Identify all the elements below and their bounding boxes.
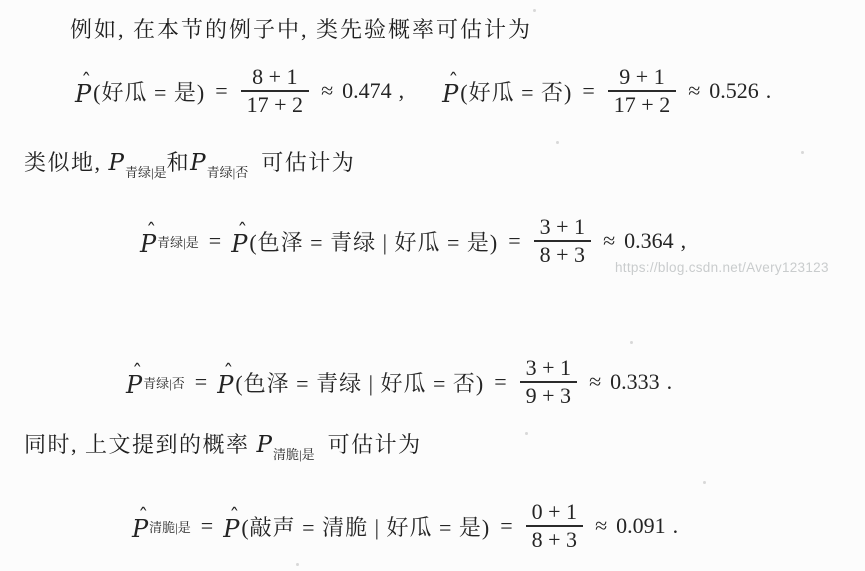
p-hat-symbol: ˆP xyxy=(223,509,239,543)
formula-value: 0.364 xyxy=(624,228,674,254)
punctuation: , xyxy=(681,228,687,254)
formula-value: 0.091 xyxy=(616,513,666,539)
approx-sign: ≈ xyxy=(595,513,607,539)
denominator: 9 + 3 xyxy=(520,381,577,409)
numerator: 0 + 1 xyxy=(526,499,583,525)
approx-sign: ≈ xyxy=(589,369,601,395)
equals-sign: = xyxy=(494,369,506,395)
formula-cond-qinglv-no: ˆP青绿|否 = ˆP(色泽 = 青绿 | 好瓜 = 否) = 3 + 1 9 … xyxy=(126,355,672,410)
p-hat-symbol: ˆP xyxy=(132,509,148,543)
meanwhile-suffix: 可估计为 xyxy=(328,432,422,457)
scan-speck xyxy=(630,341,633,344)
denominator: 8 + 3 xyxy=(526,525,583,553)
subscript-qingcui-shi: 清脆|是 xyxy=(273,447,315,462)
hat-accent: ˆ xyxy=(237,219,247,243)
fraction: 3 + 1 8 + 3 xyxy=(534,214,591,269)
approx-sign: ≈ xyxy=(688,78,700,104)
hat-accent: ˆ xyxy=(448,69,458,93)
punctuation: . xyxy=(673,513,679,539)
approx-sign: ≈ xyxy=(321,78,333,104)
hat-accent: ˆ xyxy=(229,504,239,528)
scan-speck xyxy=(533,9,536,12)
fraction: 0 + 1 8 + 3 xyxy=(526,499,583,554)
similar-prefix: 类似地, xyxy=(24,150,109,175)
p-hat-symbol: ˆP xyxy=(231,224,247,258)
p-hat-symbol: ˆP xyxy=(140,224,156,258)
hat-accent: ˆ xyxy=(138,504,148,528)
hat-accent: ˆ xyxy=(81,69,91,93)
numerator: 8 + 1 xyxy=(246,64,303,90)
subscript: 青绿|否 xyxy=(143,373,185,392)
hat-accent: ˆ xyxy=(146,219,156,243)
subscript: 清脆|是 xyxy=(149,517,191,536)
subscript-qinglv-fou: 青绿|否 xyxy=(207,165,249,180)
equals-sign: = xyxy=(201,513,213,539)
numerator: 9 + 1 xyxy=(613,64,670,90)
p-hat-symbol: ˆP xyxy=(442,74,458,108)
denominator: 17 + 2 xyxy=(241,90,309,118)
punctuation: . xyxy=(766,78,772,104)
scan-speck xyxy=(556,141,559,144)
formula-cond-qingcui-yes: ˆP清脆|是 = ˆP(敲声 = 清脆 | 好瓜 = 是) = 0 + 1 8 … xyxy=(132,499,678,554)
formula-prior-no: ˆP(好瓜 = 否) = 9 + 1 17 + 2 ≈ 0.526 . xyxy=(442,64,771,119)
subscript-qinglv-shi: 青绿|是 xyxy=(125,165,167,180)
p-variable: P xyxy=(257,432,272,458)
scan-speck xyxy=(296,563,299,566)
formula-prior-yes: ˆP(好瓜 = 是) = 8 + 1 17 + 2 ≈ 0.474 , xyxy=(75,64,404,119)
equals-sign: = xyxy=(209,228,221,254)
scan-speck xyxy=(801,151,804,154)
scan-speck xyxy=(525,432,528,435)
fraction: 3 + 1 9 + 3 xyxy=(520,355,577,410)
similar-and: 和 xyxy=(167,150,191,175)
formula-argument: (好瓜 = 否) xyxy=(460,76,572,107)
formula-row-qinglv-yes: ˆP青绿|是 = ˆP(色泽 = 青绿 | 好瓜 = 是) = 3 + 1 8 … xyxy=(140,214,686,269)
formula-cond-qinglv-yes: ˆP青绿|是 = ˆP(色泽 = 青绿 | 好瓜 = 是) = 3 + 1 8 … xyxy=(140,214,686,269)
punctuation: , xyxy=(399,78,405,104)
hat-accent: ˆ xyxy=(223,360,233,384)
approx-sign: ≈ xyxy=(603,228,615,254)
meanwhile-prefix: 同时, 上文提到的概率 xyxy=(24,432,250,457)
p-variable: P xyxy=(109,150,124,176)
formula-value: 0.474 xyxy=(342,78,392,104)
equals-sign: = xyxy=(215,78,227,104)
formula-value: 0.526 xyxy=(709,78,759,104)
equals-sign: = xyxy=(508,228,520,254)
denominator: 17 + 2 xyxy=(608,90,676,118)
formula-argument: (敲声 = 清脆 | 好瓜 = 是) xyxy=(241,511,490,542)
hat-accent: ˆ xyxy=(132,360,142,384)
p-hat-symbol: ˆP xyxy=(126,365,142,399)
formula-row-priors: ˆP(好瓜 = 是) = 8 + 1 17 + 2 ≈ 0.474 , ˆP(好… xyxy=(75,64,771,119)
equals-sign: = xyxy=(500,513,512,539)
csdn-watermark: https://blog.csdn.net/Avery123123 xyxy=(615,260,829,275)
textbook-page: 例如, 在本节的例子中, 类先验概率可估计为 ˆP(好瓜 = 是) = 8 + … xyxy=(0,0,865,571)
denominator: 8 + 3 xyxy=(534,240,591,268)
fraction: 9 + 1 17 + 2 xyxy=(608,64,676,119)
p-hat-symbol: ˆP xyxy=(217,365,233,399)
scan-speck xyxy=(703,481,706,484)
meanwhile-paragraph: 同时, 上文提到的概率 P清脆|是 可估计为 xyxy=(24,428,422,463)
formula-row-qingcui-yes: ˆP清脆|是 = ˆP(敲声 = 清脆 | 好瓜 = 是) = 0 + 1 8 … xyxy=(132,499,678,554)
equals-sign: = xyxy=(195,369,207,395)
formula-argument: (色泽 = 青绿 | 好瓜 = 否) xyxy=(235,367,484,398)
equals-sign: = xyxy=(582,78,594,104)
similar-suffix: 可估计为 xyxy=(261,150,355,175)
fraction: 8 + 1 17 + 2 xyxy=(241,64,309,119)
similar-paragraph: 类似地, P青绿|是和P青绿|否 可估计为 xyxy=(24,146,355,181)
p-variable: P xyxy=(190,150,205,176)
formula-value: 0.333 xyxy=(610,369,660,395)
p-hat-symbol: ˆP xyxy=(75,74,91,108)
punctuation: . xyxy=(667,369,673,395)
formula-argument: (好瓜 = 是) xyxy=(93,76,205,107)
numerator: 3 + 1 xyxy=(520,355,577,381)
subscript: 青绿|是 xyxy=(157,232,199,251)
numerator: 3 + 1 xyxy=(534,214,591,240)
intro-paragraph: 例如, 在本节的例子中, 类先验概率可估计为 xyxy=(70,13,532,44)
formula-argument: (色泽 = 青绿 | 好瓜 = 是) xyxy=(249,226,498,257)
formula-row-qinglv-no: ˆP青绿|否 = ˆP(色泽 = 青绿 | 好瓜 = 否) = 3 + 1 9 … xyxy=(126,355,672,410)
